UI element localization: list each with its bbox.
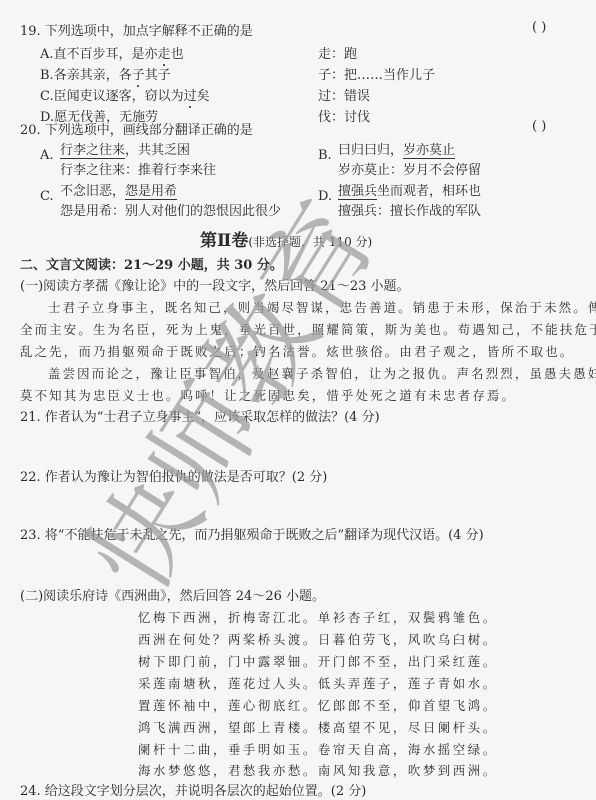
section2-sub1: (一)阅读方孝孺《豫让论》中的一段文字，然后回答 21～23 小题。	[20, 275, 410, 294]
q20-option-d-line2: 擅强兵：擅长作战的军队	[338, 200, 481, 219]
option-text: 直不百步耳，是亦	[54, 47, 158, 62]
option-text: 坐而观者，相环也	[377, 184, 481, 199]
poem-line-7: 阑杆十二曲，垂手明如玉。卷帘天自高，海水摇空绿。	[138, 740, 498, 758]
option-text: ，共其乏困	[125, 143, 190, 158]
q19-gloss-b: 子：把……当作儿子	[318, 64, 435, 83]
dotted-char: 子	[132, 68, 145, 83]
option-text: 各亲其亲，各	[54, 68, 132, 83]
q20-answer-paren: ( )	[532, 119, 546, 134]
passage-line-2: 全而主安。生为名臣，死为上鬼，垂光百世，照耀简策，斯为美也。苟遇知己，不能扶危于…	[20, 320, 596, 338]
q19-gloss-d: 伐：讨伐	[318, 106, 370, 125]
q22: 22. 作者认为豫让为智伯报仇的做法是否可取？(2 分)	[20, 466, 327, 485]
option-label: C.	[40, 89, 54, 104]
option-text: 不念旧恶，	[60, 184, 125, 199]
part2-header: 第Ⅱ卷(非选择题，共 110 分)	[200, 226, 372, 251]
underlined-text: 擅强兵	[338, 184, 377, 200]
q20-option-a-line1: 行李之往来，共其乏困	[60, 139, 190, 158]
q20-option-d-line1: 擅强兵坐而观者，相环也	[338, 180, 481, 199]
poem-line-4: 采莲南塘秋，莲花过人头。低头弄莲子，莲子青如水。	[138, 674, 498, 692]
passage-line-5: 莫不知其为忠臣义士也。呜呼！让之死固忠矣，惜乎处死之道有未忠者存焉。	[20, 386, 516, 404]
q20-option-a-line2: 行李之往来：推着行李来往	[60, 159, 216, 178]
poem-line-8: 海水梦悠悠，君愁我亦愁。南风知我意，吹梦到西洲。	[138, 761, 498, 779]
q20-option-c-line1: 不念旧恶，怨是用希	[60, 180, 177, 199]
section2-heading: 二、文言文阅读：21～29 小题，共 30 分。	[20, 254, 283, 273]
q21: 21. 作者认为“士君子立身事主”，应该采取怎样的做法？(4 分)	[20, 406, 380, 425]
option-text: 其子	[145, 68, 171, 83]
poem-line-5: 置莲怀袖中，莲心彻底红。忆郎郎不至，仰首望飞鸿。	[138, 696, 498, 714]
passage-line-4: 盖尝因而论之，豫让臣事智伯，及赵襄子杀智伯，让为之报仇。声名烈烈，虽愚夫愚妇，	[48, 364, 596, 382]
q19-gloss-a: 走：跑	[318, 43, 357, 62]
poem-line-2: 西洲在何处？两桨桥头渡。日暮伯劳飞，风吹乌臼树。	[138, 630, 498, 648]
passage-line-3: 乱之先，而乃捐躯殒命于既败之后；钓名沽誉。炫世骇俗。由君子观之，皆所不取也。	[20, 342, 574, 360]
dotted-char: 过	[184, 89, 197, 104]
underlined-text: 岁亦莫止	[403, 143, 455, 159]
part2-subtitle: (非选择题，共 110 分)	[248, 235, 372, 249]
passage-line-1: 士君子立身事主，既名知己，则当竭尽智谋，忠告善道。销患于未形，保治于未然。俾身	[48, 298, 596, 316]
underlined-text: 怨是用希	[125, 184, 177, 200]
option-text: 臣闻吏议逐客，窃以为	[54, 89, 184, 104]
option-label: B.	[40, 68, 54, 83]
q20-option-c-line2: 怨是用希：别人对他们的怨恨因此很少	[60, 200, 281, 219]
option-text: 曰归曰归，	[338, 143, 403, 158]
section2-sub2: (二)阅读乐府诗《西洲曲》，然后回答 24～26 小题。	[20, 585, 325, 604]
q20-option-b-line1: 曰归曰归，岁亦莫止	[338, 139, 455, 158]
option-text: 也	[171, 47, 184, 62]
dotted-char: 走	[158, 47, 171, 62]
q20-option-a-label: A.	[40, 148, 54, 163]
option-text: 矣	[197, 89, 210, 104]
q19-option-b: B.各亲其亲，各子其子	[40, 64, 171, 83]
q20-option-b-label: B.	[318, 148, 332, 163]
poem-line-1: 忆梅下西洲，折梅寄江北。单衫杏子红，双鬓鸦雏色。	[138, 608, 498, 626]
q20-option-c-label: C.	[40, 189, 54, 204]
q24: 24. 给这段文字划分层次，并说明各层次的起始位置。(2 分)	[20, 780, 366, 799]
q20-stem: 20. 下列选项中，画线部分翻译正确的是	[20, 119, 253, 138]
q19-answer-paren: ( )	[532, 20, 546, 35]
q20-option-d-label: D.	[318, 189, 332, 204]
q19-stem: 19. 下列选项中，加点字解释不正确的是	[20, 20, 253, 39]
option-label: A.	[40, 47, 54, 62]
q23: 23. 将“不能扶危于未乱之先，而乃捐躯殒命于既败之后”翻译为现代汉语。(4 分…	[20, 524, 484, 543]
q19-option-c: C.臣闻吏议逐客，窃以为过矣	[40, 85, 210, 104]
q20-option-b-line2: 岁亦莫止：岁月不会停留	[338, 159, 481, 178]
part2-title: 第Ⅱ卷	[200, 231, 248, 251]
poem-line-6: 鸿飞满西洲，望郎上青楼。楼高望不见，尽日阑杆头。	[138, 718, 498, 736]
underlined-text: 行李之往来	[60, 143, 125, 159]
poem-line-3: 树下即门前，门中露翠钿。开门郎不至，出门采红莲。	[138, 652, 498, 670]
q19-gloss-c: 过：错误	[318, 85, 370, 104]
q19-option-a: A.直不百步耳，是亦走也	[40, 43, 184, 62]
